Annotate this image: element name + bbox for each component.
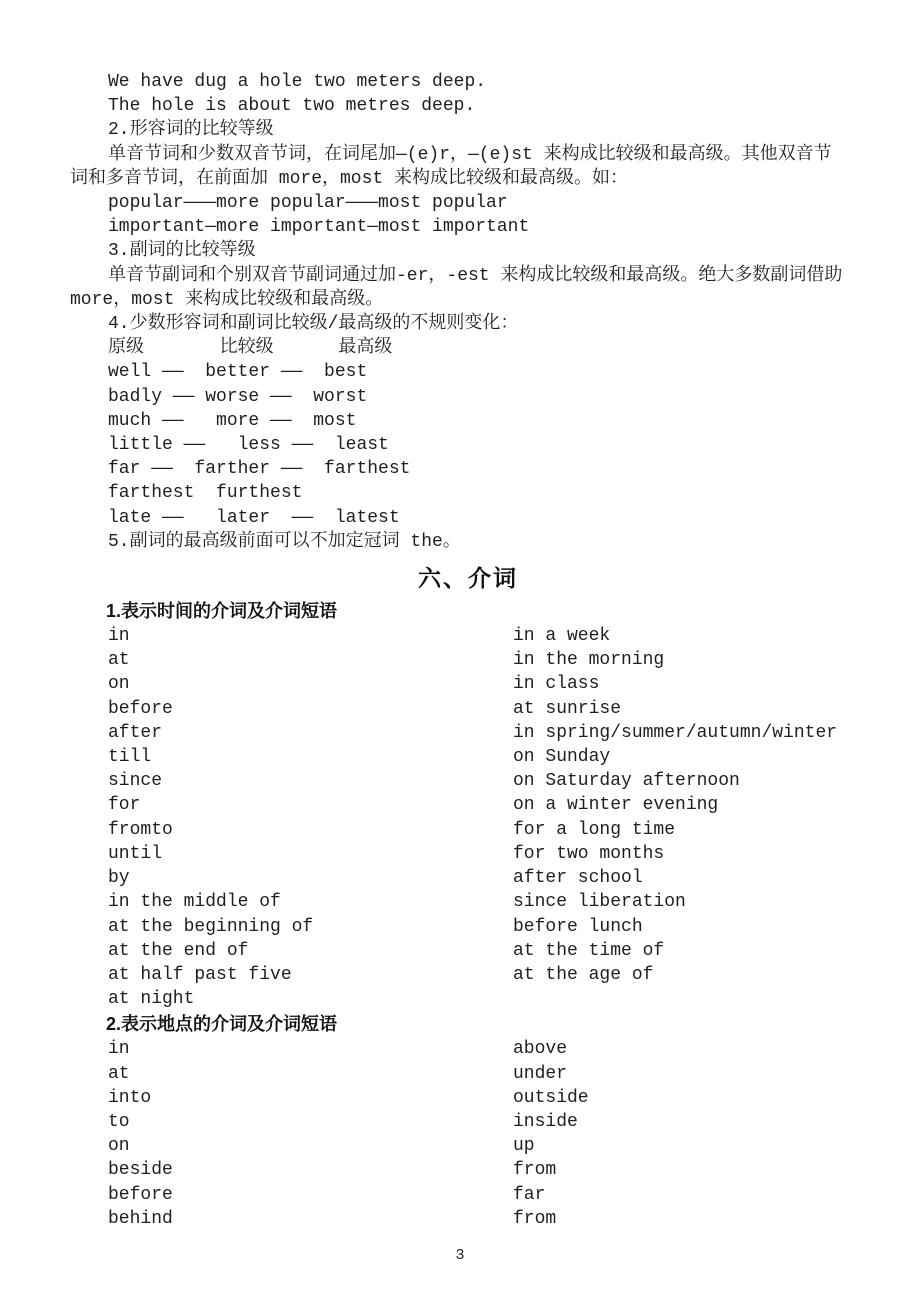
- document-page: We have dug a hole two meters deep. The …: [0, 0, 920, 1302]
- prep-right-item: in a week: [513, 624, 866, 648]
- prep-row: fromto for a long time: [70, 818, 866, 842]
- page-number: 3: [0, 1246, 920, 1266]
- prep-row: at half past five at the age of: [70, 963, 866, 987]
- prep-left-item: after: [70, 721, 513, 745]
- text-line: badly —— worse —— worst: [70, 385, 866, 409]
- prep-left-item: at the beginning of: [70, 915, 513, 939]
- prep-right-item: at the time of: [513, 939, 866, 963]
- text-line: popular———more popular———most popular: [70, 191, 866, 215]
- prep-row: on up: [70, 1134, 866, 1158]
- prep-row: for on a winter evening: [70, 793, 866, 817]
- text-line: The hole is about two metres deep.: [70, 94, 866, 118]
- prep-left-item: before: [70, 697, 513, 721]
- prep-left-item: for: [70, 793, 513, 817]
- subsection-heading-time: 1.表示时间的介词及介词短语: [70, 598, 866, 624]
- prep-left-item: by: [70, 866, 513, 890]
- text-line: 单音节词和少数双音节词，在词尾加—(e)r，—(e)st 来构成比较级和最高级。…: [70, 143, 866, 167]
- prep-left-item: at: [70, 1062, 513, 1086]
- prep-left-item: into: [70, 1086, 513, 1110]
- prep-row: on in class: [70, 672, 866, 696]
- time-preposition-list: in in a week at in the morning on in cla…: [70, 624, 866, 1011]
- prep-left-item: since: [70, 769, 513, 793]
- place-preposition-list: in above at under into outside to inside: [70, 1037, 866, 1231]
- prep-left-item: at the end of: [70, 939, 513, 963]
- prep-right-item: for a long time: [513, 818, 866, 842]
- prep-right-item: up: [513, 1134, 866, 1158]
- prep-right-item: inside: [513, 1110, 866, 1134]
- text-line: 原级 比较级 最高级: [70, 336, 866, 360]
- prep-row: at the end of at the time of: [70, 939, 866, 963]
- prep-left-item: on: [70, 1134, 513, 1158]
- text-line: 单音节副词和个别双音节副词通过加-er，-est 来构成比较级和最高级。绝大多数…: [70, 264, 866, 288]
- subsection-heading-place: 2.表示地点的介词及介词短语: [70, 1011, 866, 1037]
- prep-row: until for two months: [70, 842, 866, 866]
- prep-row: before far: [70, 1183, 866, 1207]
- prep-right-item: from: [513, 1207, 866, 1231]
- prep-left-item: beside: [70, 1158, 513, 1182]
- prep-right-item: far: [513, 1183, 866, 1207]
- prep-left-item: till: [70, 745, 513, 769]
- prep-left-item: in the middle of: [70, 890, 513, 914]
- prep-row: behind from: [70, 1207, 866, 1231]
- prep-left-item: in: [70, 1037, 513, 1061]
- prep-left-item: behind: [70, 1207, 513, 1231]
- prep-row: to inside: [70, 1110, 866, 1134]
- prep-row: into outside: [70, 1086, 866, 1110]
- prep-left-item: at: [70, 648, 513, 672]
- prep-right-item: from: [513, 1158, 866, 1182]
- text-line: 4.少数形容词和副词比较级/最高级的不规则变化：: [70, 312, 866, 336]
- text-line: farthest furthest: [70, 481, 866, 505]
- text-line: important—more important—most important: [70, 215, 866, 239]
- prep-row: in above: [70, 1037, 866, 1061]
- prep-right-item: for two months: [513, 842, 866, 866]
- prep-right-item: on Saturday afternoon: [513, 769, 866, 793]
- text-line: little —— less —— least: [70, 433, 866, 457]
- prep-left-item: to: [70, 1110, 513, 1134]
- prep-left-item: until: [70, 842, 513, 866]
- prep-row: after in spring/summer/autumn/winter: [70, 721, 866, 745]
- text-line: 5.副词的最高级前面可以不加定冠词 the。: [70, 530, 866, 554]
- prep-left-item: before: [70, 1183, 513, 1207]
- text-line: 2.形容词的比较等级: [70, 118, 866, 142]
- prep-right-item: in class: [513, 672, 866, 696]
- prep-row: at night: [70, 987, 866, 1011]
- text-line: much —— more —— most: [70, 409, 866, 433]
- prep-right-item: under: [513, 1062, 866, 1086]
- text-line: well —— better —— best: [70, 360, 866, 384]
- prep-left-item: at half past five: [70, 963, 513, 987]
- section-title-prepositions: 六、介词: [70, 558, 866, 598]
- prep-right-item: after school: [513, 866, 866, 890]
- text-line: 词和多音节词，在前面加 more，most 来构成比较级和最高级。如：: [70, 167, 866, 191]
- prep-left-item: on: [70, 672, 513, 696]
- prep-right-item: in the morning: [513, 648, 866, 672]
- prep-row: since on Saturday afternoon: [70, 769, 866, 793]
- text-line: 3.副词的比较等级: [70, 239, 866, 263]
- prep-right-item: on Sunday: [513, 745, 866, 769]
- prep-right-item: since liberation: [513, 890, 866, 914]
- prep-right-item: at the age of: [513, 963, 866, 987]
- prep-row: till on Sunday: [70, 745, 866, 769]
- prep-right-item: at sunrise: [513, 697, 866, 721]
- grammar-lines: We have dug a hole two meters deep. The …: [70, 70, 866, 554]
- prep-right-item: in spring/summer/autumn/winter: [513, 721, 866, 745]
- prep-left-item: at night: [70, 987, 513, 1011]
- prep-row: beside from: [70, 1158, 866, 1182]
- prep-right-item: [513, 987, 866, 1011]
- prep-row: in in a week: [70, 624, 866, 648]
- text-line: far —— farther —— farthest: [70, 457, 866, 481]
- prep-right-item: outside: [513, 1086, 866, 1110]
- prep-left-item: fromto: [70, 818, 513, 842]
- prep-right-item: on a winter evening: [513, 793, 866, 817]
- text-line: We have dug a hole two meters deep.: [70, 70, 866, 94]
- prep-row: in the middle of since liberation: [70, 890, 866, 914]
- prep-right-item: before lunch: [513, 915, 866, 939]
- prep-row: at in the morning: [70, 648, 866, 672]
- prep-row: by after school: [70, 866, 866, 890]
- prep-row: at the beginning of before lunch: [70, 915, 866, 939]
- prep-right-item: above: [513, 1037, 866, 1061]
- text-line: more，most 来构成比较级和最高级。: [70, 288, 866, 312]
- prep-left-item: in: [70, 624, 513, 648]
- page-content: We have dug a hole two meters deep. The …: [70, 70, 866, 1231]
- prep-row: before at sunrise: [70, 697, 866, 721]
- prep-row: at under: [70, 1062, 866, 1086]
- text-line: late —— later —— latest: [70, 506, 866, 530]
